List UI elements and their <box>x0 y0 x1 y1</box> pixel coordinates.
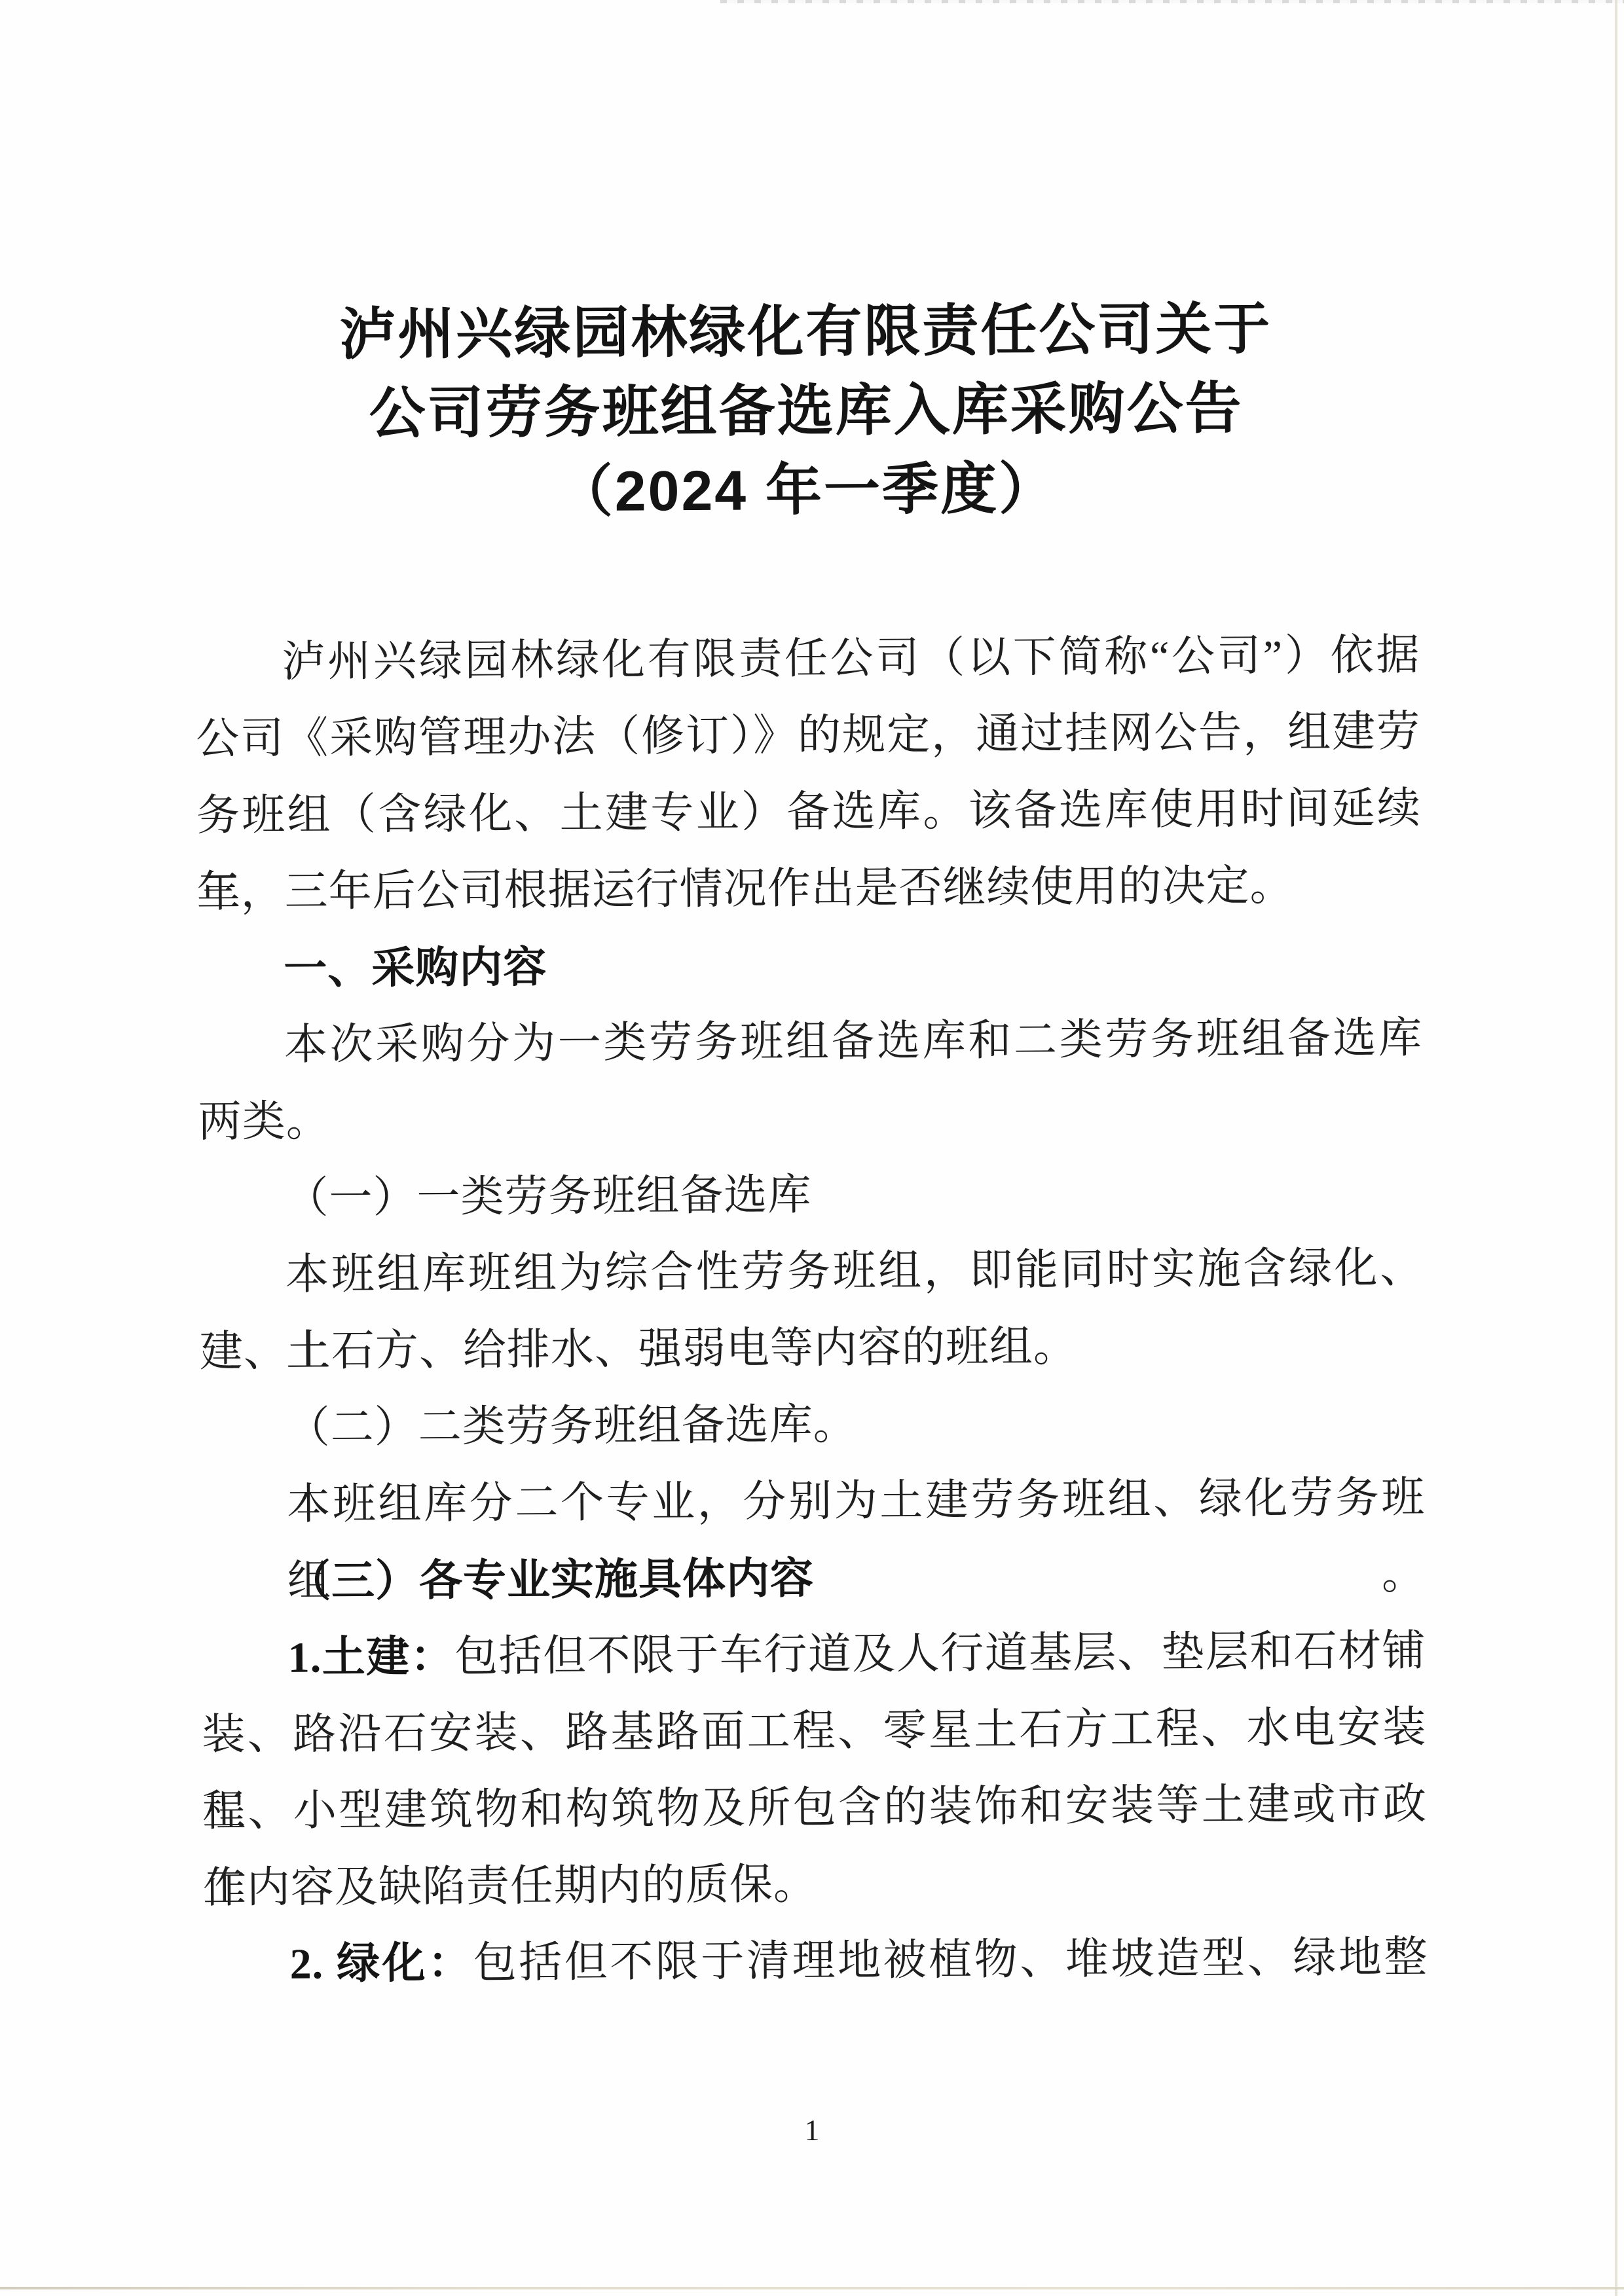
body-line: 程、小型建筑物和构筑物及所包含的装饰和安装等土建或市政工 <box>202 1766 1428 1850</box>
term-label: 2. 绿化： <box>289 1939 473 1988</box>
line-text: 两类。 <box>198 1097 330 1146</box>
body-line: 两类。 <box>198 1076 1423 1160</box>
title-line-2: 公司劳务班组备选库入库采购公告 <box>194 368 1419 454</box>
body-line: 公司《采购管理办法（修订）》的规定，通过挂网公告，组建劳 <box>196 693 1421 777</box>
body-line: （一）一类劳务班组备选库 <box>198 1153 1424 1237</box>
line-text: （二）二类劳务班组备选库。 <box>286 1401 857 1452</box>
body-line: 1.土建：包括但不限于车行道及人行道基层、垫层和石材铺 <box>201 1613 1426 1696</box>
body-line: 2. 绿化：包括但不限于清理地被植物、堆坡造型、绿地整 <box>203 1919 1428 2003</box>
body-line: 装、路沿石安装、路基路面工程、零星土石方工程、水电安装工 <box>202 1689 1427 1773</box>
title-line-3: （2024 年一季度） <box>194 447 1419 534</box>
line-text: 年，三年后公司根据运行情况作出是否继续使用的决定。 <box>196 862 1293 916</box>
section-heading: 一、采购内容 <box>197 923 1422 1007</box>
body-lines: 泸州兴绿园林绿化有限责任公司（以下简称“公司”）依据公司《采购管理办法（修订）》… <box>195 617 1428 2003</box>
title-line-1: 泸州兴绿园林绿化有限责任公司关于 <box>193 289 1418 375</box>
term-label: 1.土建： <box>288 1633 455 1682</box>
body-line: 建、土石方、给排水、强弱电等内容的班组。 <box>200 1306 1425 1390</box>
body-line: 本班组库班组为综合性劳务班组，即能同时实施含绿化、土 <box>199 1230 1424 1313</box>
line-text: 包括但不限于清理地被植物、堆坡造型、绿地整 <box>473 1933 1428 1987</box>
line-text: （一）一类劳务班组备选库 <box>285 1171 811 1222</box>
scan-artifact-right-edge <box>1615 0 1617 2296</box>
body-line: （二）二类劳务班组备选库。 <box>200 1383 1425 1467</box>
body-line: 本次采购分为一类劳务班组备选库和二类劳务班组备选库 <box>198 1000 1423 1084</box>
body-line: 本班组库分二个专业，分别为土建劳务班组、绿化劳务班组。 <box>200 1459 1426 1543</box>
body-line: 年，三年后公司根据运行情况作出是否继续使用的决定。 <box>196 847 1422 930</box>
scan-artifact-bottom-edge <box>0 2287 1624 2289</box>
line-text: 建、土石方、给排水、强弱电等内容的班组。 <box>200 1322 1077 1376</box>
line-text: 作内容及缺陷责任期内的质保。 <box>203 1861 817 1912</box>
document-title: 泸州兴绿园林绿化有限责任公司关于 公司劳务班组备选库入库采购公告 （2024 年… <box>193 289 1419 534</box>
line-text: 包括但不限于车行道及人行道基层、垫层和石材铺 <box>454 1627 1426 1681</box>
scan-artifact-top-edge <box>720 0 1624 3</box>
line-text: （三）各专业实施具体内容 <box>287 1554 814 1605</box>
line-text: 泸州兴绿园林绿化有限责任公司（以下简称“公司”）依据 <box>282 631 1420 686</box>
line-text: 公司《采购管理办法（修订）》的规定，通过挂网公告，组建劳 <box>196 708 1420 763</box>
scanned-document-page: 泸州兴绿园林绿化有限责任公司关于 公司劳务班组备选库入库采购公告 （2024 年… <box>0 0 1624 2296</box>
body-line: 泸州兴绿园林绿化有限责任公司（以下简称“公司”）依据 <box>195 617 1420 701</box>
body-line: 务班组（含绿化、土建专业）备选库。该备选库使用时间延续三 <box>196 770 1422 854</box>
body-line: 作内容及缺陷责任期内的质保。 <box>203 1842 1428 1926</box>
line-text: 本次采购分为一类劳务班组备选库和二类劳务班组备选库 <box>284 1014 1422 1069</box>
line-text: 一、采购内容 <box>284 942 547 992</box>
page-content: 泸州兴绿园林绿化有限责任公司关于 公司劳务班组备选库入库采购公告 （2024 年… <box>193 289 1428 2003</box>
page-number: 1 <box>0 2113 1624 2147</box>
